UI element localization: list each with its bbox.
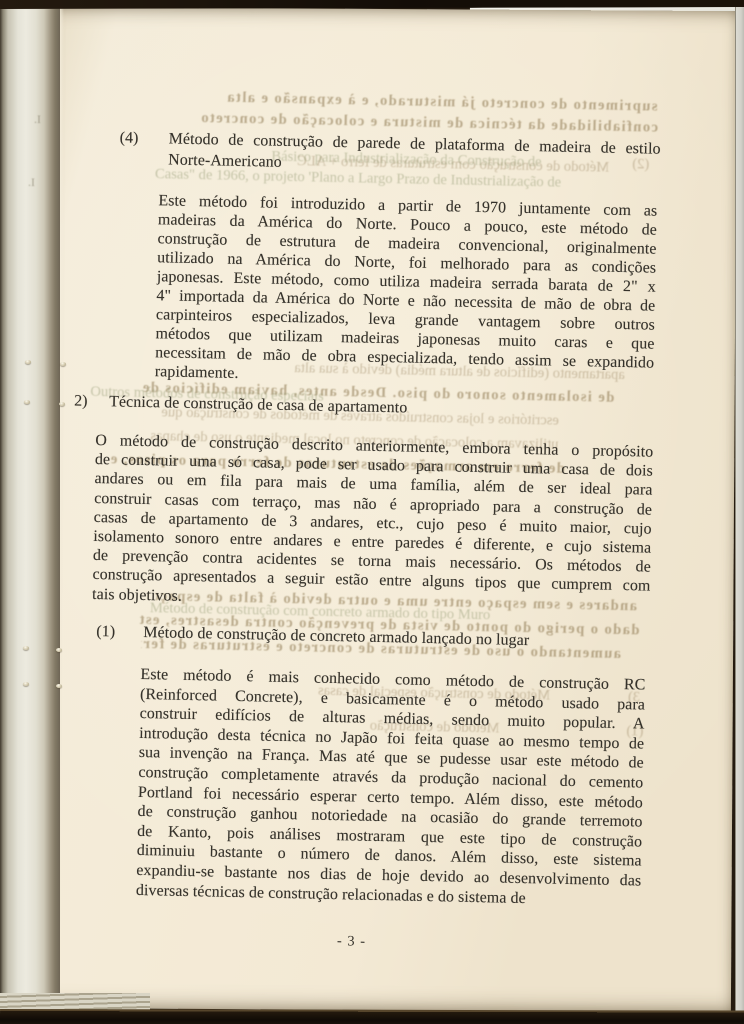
binding-speck: [56, 684, 62, 688]
adjacent-page-ghost-mark: I.: [34, 112, 41, 127]
binding-speck: [59, 402, 65, 406]
page-content: suprimento de concreto já misturado, e à…: [41, 6, 741, 1021]
document-page: suprimento de concreto já misturado, e à…: [52, 7, 737, 1012]
binding-speck: [23, 646, 29, 650]
page-number: - 3 -: [337, 933, 367, 951]
binding-speck: [25, 360, 31, 364]
section-marker: (1): [96, 622, 115, 641]
scanned-book-page: I. I. suprimento de concreto já misturad…: [0, 0, 744, 1024]
binding-speck: [23, 682, 29, 686]
binding-speck: [56, 648, 62, 652]
book-gutter-page-edges: [0, 0, 60, 1024]
section-marker: 2): [74, 392, 88, 411]
scan-page-edge-right: [735, 0, 744, 1024]
binding-speck: [60, 362, 66, 366]
section-paragraph: Este método é mais conhecido como método…: [136, 665, 646, 911]
scan-dark-edge-bottom: [0, 1009, 744, 1024]
section-paragraph: Este método foi introduzido a partir de …: [155, 191, 658, 391]
binding-speck: [24, 400, 30, 404]
adjacent-page-ghost-mark: I.: [28, 175, 35, 190]
section-paragraph: O método de construção descrito anterior…: [92, 431, 653, 615]
section-marker: (4): [120, 128, 139, 147]
